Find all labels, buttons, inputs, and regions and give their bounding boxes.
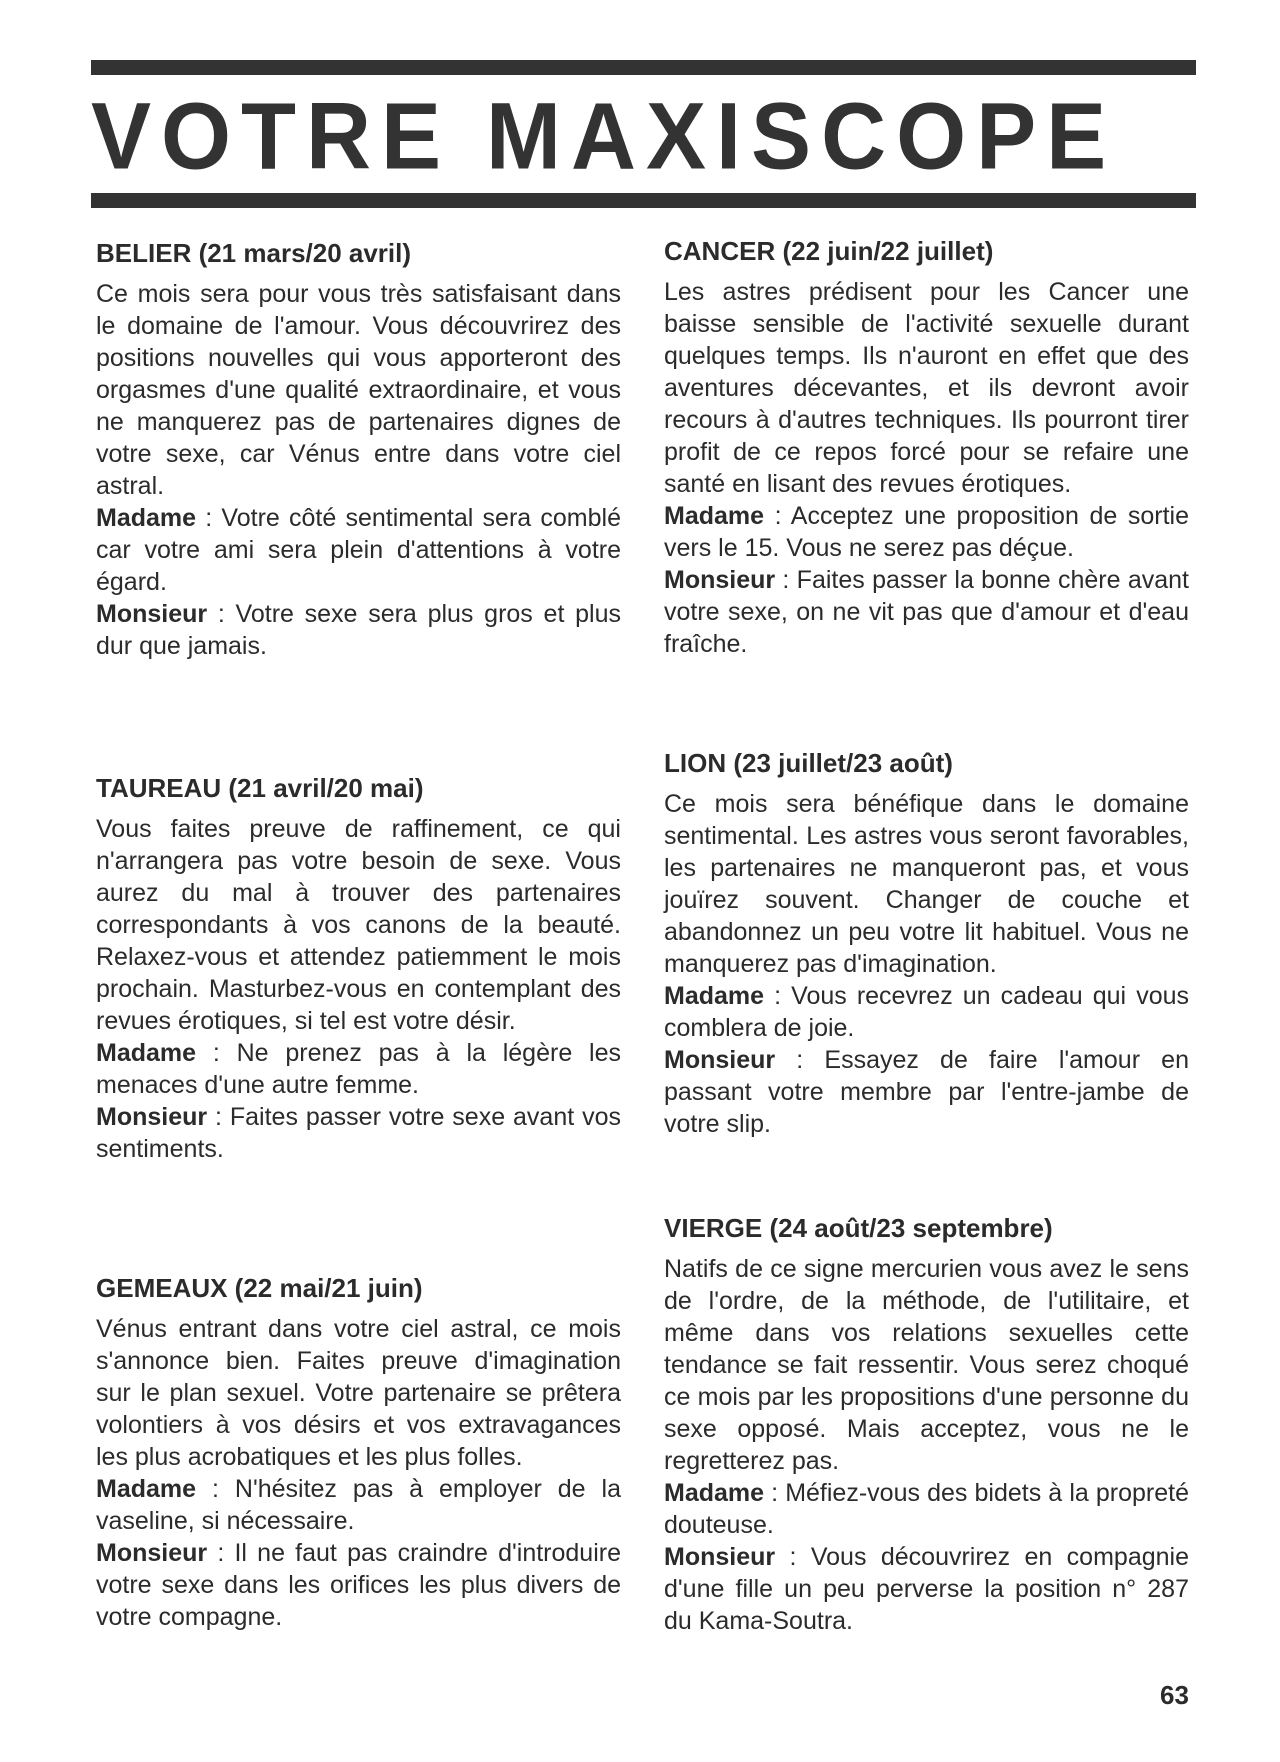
page-number: 63 xyxy=(1160,1680,1189,1711)
sign-text: Les astres prédisent pour les Cancer une… xyxy=(664,276,1189,500)
sign-text: Vous faites preuve de raffinement, ce qu… xyxy=(96,813,621,1037)
sign-text: Natifs de ce signe mercurien vous avez l… xyxy=(664,1253,1189,1477)
madame-label: Madame xyxy=(96,504,196,532)
sign-heading: VIERGE (24 août/23 septembre) xyxy=(664,1213,1189,1243)
monsieur-label: Monsieur xyxy=(664,1046,775,1074)
madame-label: Madame xyxy=(664,982,764,1010)
madame-line: Madame : Méfiez-vous des bidets à la pro… xyxy=(664,1477,1189,1541)
sign-heading: GEMEAUX (22 mai/21 juin) xyxy=(96,1273,621,1303)
sign-belier: BELIER (21 mars/20 avril) Ce mois sera p… xyxy=(96,238,621,662)
monsieur-label: Monsieur xyxy=(96,600,207,628)
monsieur-line: Monsieur : Faites passer votre sexe avan… xyxy=(96,1101,621,1165)
madame-line: Madame : Ne prenez pas à la légère les m… xyxy=(96,1037,621,1101)
madame-line: Madame : Acceptez une proposition de sor… xyxy=(664,500,1189,564)
title-bottom-rule xyxy=(91,193,1196,208)
sign-body: Ce mois sera pour vous très satisfaisant… xyxy=(96,278,621,662)
monsieur-label: Monsieur xyxy=(96,1539,207,1567)
sign-body: Vénus entrant dans votre ciel astral, ce… xyxy=(96,1313,621,1633)
sign-text: Ce mois sera pour vous très satisfaisant… xyxy=(96,278,621,502)
monsieur-label: Monsieur xyxy=(664,1543,775,1571)
sign-body: Natifs de ce signe mercurien vous avez l… xyxy=(664,1253,1189,1637)
sign-text: Vénus entrant dans votre ciel astral, ce… xyxy=(96,1313,621,1473)
sign-heading: BELIER (21 mars/20 avril) xyxy=(96,238,621,268)
sign-taureau: TAUREAU (21 avril/20 mai) Vous faites pr… xyxy=(96,773,621,1165)
monsieur-line: Monsieur : Votre sexe sera plus gros et … xyxy=(96,598,621,662)
monsieur-line: Monsieur : Faites passer la bonne chère … xyxy=(664,564,1189,660)
sign-lion: LION (23 juillet/23 août) Ce mois sera b… xyxy=(664,748,1189,1140)
sign-body: Ce mois sera bénéfique dans le domaine s… xyxy=(664,788,1189,1140)
sign-heading: CANCER (22 juin/22 juillet) xyxy=(664,236,1189,266)
monsieur-line: Monsieur : Vous découvrirez en compagnie… xyxy=(664,1541,1189,1637)
sign-gemeaux: GEMEAUX (22 mai/21 juin) Vénus entrant d… xyxy=(96,1273,621,1633)
madame-label: Madame xyxy=(664,502,764,530)
title-top-rule xyxy=(91,60,1196,75)
madame-label: Madame xyxy=(96,1475,196,1503)
sign-cancer: CANCER (22 juin/22 juillet) Les astres p… xyxy=(664,236,1189,660)
page-title: VOTRE MAXISCOPE xyxy=(91,96,1201,178)
sign-heading: LION (23 juillet/23 août) xyxy=(664,748,1189,778)
monsieur-label: Monsieur xyxy=(664,566,775,594)
madame-line: Madame : Vous recevrez un cadeau qui vou… xyxy=(664,980,1189,1044)
madame-line: Madame : N'hésitez pas à employer de la … xyxy=(96,1473,621,1537)
madame-line: Madame : Votre côté sentimental sera com… xyxy=(96,502,621,598)
madame-label: Madame xyxy=(664,1479,764,1507)
sign-heading: TAUREAU (21 avril/20 mai) xyxy=(96,773,621,803)
madame-label: Madame xyxy=(96,1039,196,1067)
monsieur-line: Monsieur : Essayez de faire l'amour en p… xyxy=(664,1044,1189,1140)
monsieur-label: Monsieur xyxy=(96,1103,207,1131)
monsieur-line: Monsieur : Il ne faut pas craindre d'int… xyxy=(96,1537,621,1633)
sign-body: Les astres prédisent pour les Cancer une… xyxy=(664,276,1189,660)
sign-vierge: VIERGE (24 août/23 septembre) Natifs de … xyxy=(664,1213,1189,1637)
sign-body: Vous faites preuve de raffinement, ce qu… xyxy=(96,813,621,1165)
sign-text: Ce mois sera bénéfique dans le domaine s… xyxy=(664,788,1189,980)
